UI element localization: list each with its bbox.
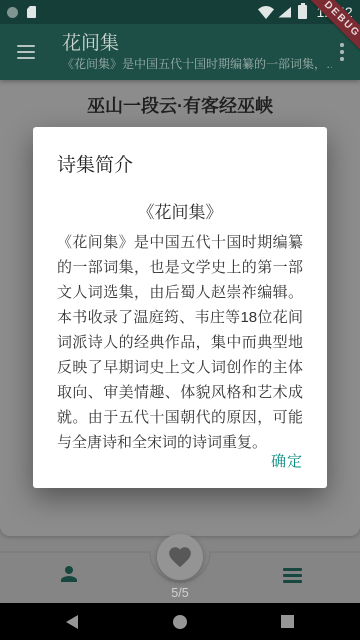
poem-title: 巫山一段云·有客经巫峡 — [0, 92, 360, 118]
dialog-title: 诗集简介 — [33, 127, 327, 177]
confirm-button[interactable]: 确定 — [255, 441, 319, 480]
dialog-body: 《花间集》是中国五代十国时期编纂的一部词集，也是文学史上的第一部文人词选集，由后… — [57, 230, 303, 455]
dialog-heading: 《花间集》 — [33, 198, 327, 223]
app-subtitle: 《花间集》是中国五代十国时期编纂的一部词集，… — [62, 57, 332, 72]
sd-card-icon — [27, 6, 36, 18]
notification-circle-icon — [7, 7, 18, 18]
intro-dialog: 诗集简介 《花间集》 《花间集》是中国五代十国时期编纂的一部词集，也是文学史上的… — [33, 127, 327, 488]
favorite-fab[interactable] — [157, 534, 203, 580]
app-bar: 花间集 《花间集》是中国五代十国时期编纂的一部词集，… — [0, 24, 360, 80]
wifi-off-icon: × — [258, 6, 274, 19]
author-button[interactable] — [57, 562, 81, 586]
list-icon — [283, 568, 302, 571]
heart-icon — [167, 544, 193, 570]
overflow-menu-icon[interactable] — [332, 39, 352, 65]
phone-screen: × 12:52 花间集 《花间集》是中国五代十国时期编纂的一部词集，… 巫山一段… — [0, 0, 360, 640]
hamburger-menu-icon[interactable] — [17, 45, 35, 59]
battery-icon — [298, 5, 307, 19]
status-bar: × 12:52 — [0, 0, 360, 24]
android-nav-bar — [0, 603, 360, 640]
poem-list-button[interactable] — [283, 568, 302, 583]
app-bar-titles: 花间集 《花间集》是中国五代十国时期编纂的一部词集，… — [62, 33, 332, 72]
app-title: 花间集 — [62, 33, 332, 55]
person-icon — [57, 562, 81, 586]
back-icon[interactable] — [66, 615, 78, 629]
recents-icon[interactable] — [281, 615, 294, 628]
cellular-signal-icon — [278, 7, 291, 18]
dialog-actions: 确定 — [255, 441, 319, 480]
home-icon[interactable] — [173, 615, 187, 629]
page-indicator: 5/5 — [0, 586, 360, 600]
